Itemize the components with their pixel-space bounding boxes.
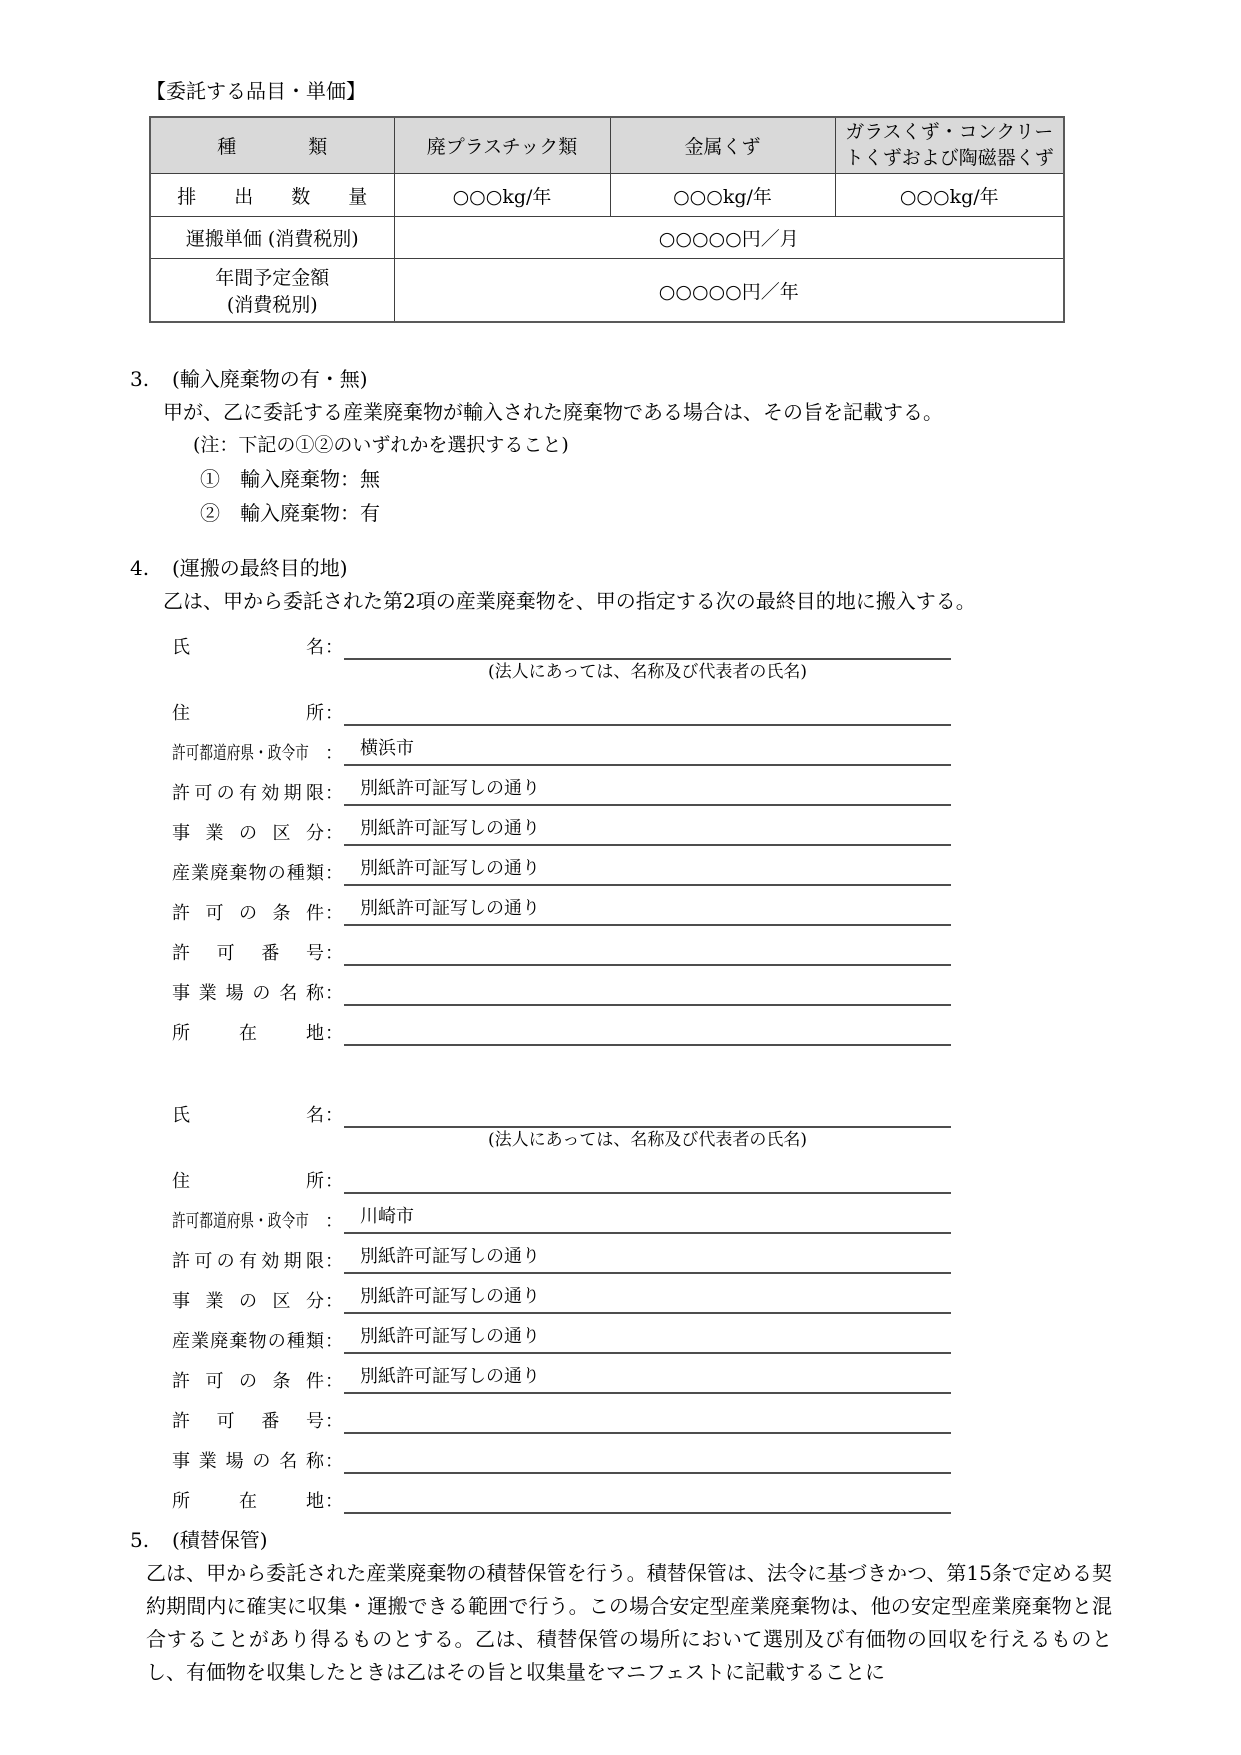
section5-number: 5. <box>130 1524 172 1557</box>
field-colon: ： <box>324 1022 344 1046</box>
section3-option-none: ① 輸入廃棄物：無 <box>200 462 1241 496</box>
section5-body: 乙は、甲から委託された産業廃棄物の積替保管を行う。積替保管は、法令に基づきかつ、… <box>146 1557 1112 1689</box>
annual-amount-row: 年間予定金額 (消費税別) ○○○○○円／年 <box>150 259 1064 322</box>
field-row-license-number: 許可番号 ： <box>172 926 1241 966</box>
conditions-label: 許可の条件 <box>172 902 324 926</box>
quantity-metal-cell: ○○○kg/年 <box>610 174 835 217</box>
conditions-fill-in-line[interactable]: 別紙許可証写しの通り <box>344 1364 951 1394</box>
section3-note: (注：下記の①②のいずれかを選択すること) <box>193 429 1241 462</box>
field-row-name: 氏名 ： <box>172 1088 1241 1128</box>
section3-title: (輸入廃棄物の有・無) <box>172 367 368 391</box>
conditions-label: 許可の条件 <box>172 1370 324 1394</box>
field-row-location: 所在地 ： <box>172 1474 1241 1514</box>
category-fill-in-line[interactable]: 別紙許可証写しの通り <box>344 1284 951 1314</box>
corporate-name-note: (法人にあっては、名称及び代表者の氏名) <box>344 1128 951 1154</box>
section3-body: 甲が、乙に委託する産業廃棄物が輸入された廃棄物である場合は、その旨を記載する。 <box>163 396 1241 429</box>
price-table-title: 【委託する品目・単価】 <box>146 0 1241 104</box>
field-colon: ： <box>324 902 344 926</box>
waste-types-label: 産業廃棄物の種類 <box>172 1330 324 1354</box>
quantity-row: 排出数量 ○○○kg/年 ○○○kg/年 ○○○kg/年 <box>150 174 1064 217</box>
field-row-category: 事業の区分 ： 別紙許可証写しの通り <box>172 1274 1241 1314</box>
expiry-label: 許可の有効期限 <box>172 782 324 806</box>
table-header-row: 種類 廃プラスチック類 金属くず ガラスくず・コンクリートくずおよび陶磁器くず <box>150 117 1064 174</box>
field-colon: ： <box>324 1250 344 1274</box>
section4-number: 4. <box>130 552 172 585</box>
field-row-authority: 許可都道府県・政令市 ： 横浜市 <box>172 726 1241 766</box>
field-row-site-name: 事業場の名称 ： <box>172 1434 1241 1474</box>
section4-heading: 4.(運搬の最終目的地) <box>130 552 1241 585</box>
annual-amount-label-cell: 年間予定金額 (消費税別) <box>150 259 394 322</box>
field-colon: ： <box>324 982 344 1006</box>
authority-label: 許可都道府県・政令市 <box>172 742 324 766</box>
address-label: 住所 <box>172 702 324 726</box>
authority-fill-in-line[interactable]: 横浜市 <box>344 736 951 766</box>
section3-number: 3. <box>130 363 172 396</box>
header-cell-kind: 種類 <box>150 117 394 174</box>
destination-block-2: 氏名 ： (法人にあっては、名称及び代表者の氏名) 住所 ： 許可都道府県・政令… <box>172 1088 1241 1514</box>
destination-block-1: 氏名 ： (法人にあっては、名称及び代表者の氏名) 住所 ： 許可都道府県・政令… <box>172 620 1241 1046</box>
name-fill-in-line[interactable] <box>344 630 951 660</box>
site-name-label: 事業場の名称 <box>172 982 324 1006</box>
waste-types-fill-in-line[interactable]: 別紙許可証写しの通り <box>344 856 951 886</box>
section4-body: 乙は、甲から委託された第2項の産業廃棄物を、甲の指定する次の最終目的地に搬入する… <box>163 585 1241 618</box>
field-colon: ： <box>324 1410 344 1434</box>
field-row-address: 住所 ： <box>172 1154 1241 1194</box>
commission-price-table: 種類 廃プラスチック類 金属くず ガラスくず・コンクリートくずおよび陶磁器くず … <box>149 116 1065 323</box>
field-row-category: 事業の区分 ： 別紙許可証写しの通り <box>172 806 1241 846</box>
contract-document-page: 【委託する品目・単価】 種類 廃プラスチック類 金属くず ガラスくず・コンクリー… <box>0 0 1241 1755</box>
expiry-fill-in-line[interactable]: 別紙許可証写しの通り <box>344 776 951 806</box>
quantity-row-label: 排出数量 <box>177 182 367 209</box>
field-row-waste-types: 産業廃棄物の種類 ： 別紙許可証写しの通り <box>172 1314 1241 1354</box>
annual-amount-label-line2: (消費税別) <box>157 290 388 317</box>
site-name-fill-in-line[interactable] <box>344 976 951 1006</box>
field-colon: ： <box>324 1104 344 1128</box>
section4-title: (運搬の最終目的地) <box>172 556 348 580</box>
conditions-fill-in-line[interactable]: 別紙許可証写しの通り <box>344 896 951 926</box>
unit-price-row: 運搬単価 (消費税別) ○○○○○円／月 <box>150 217 1064 259</box>
field-colon: ： <box>324 1210 344 1234</box>
field-row-conditions: 許可の条件 ： 別紙許可証写しの通り <box>172 1354 1241 1394</box>
section5-title: (積替保管) <box>172 1528 268 1552</box>
field-colon: ： <box>324 782 344 806</box>
quantity-row-label-cell: 排出数量 <box>150 174 394 217</box>
section3-option-exists: ② 輸入廃棄物：有 <box>200 496 1241 530</box>
field-row-authority: 許可都道府県・政令市 ： 川崎市 <box>172 1194 1241 1234</box>
address-fill-in-line[interactable] <box>344 696 951 726</box>
field-row-name: 氏名 ： <box>172 620 1241 660</box>
field-row-expiry: 許可の有効期限 ： 別紙許可証写しの通り <box>172 766 1241 806</box>
category-fill-in-line[interactable]: 別紙許可証写しの通り <box>344 816 951 846</box>
header-cell-plastic: 廃プラスチック類 <box>394 117 610 174</box>
address-fill-in-line[interactable] <box>344 1164 951 1194</box>
site-name-fill-in-line[interactable] <box>344 1444 951 1474</box>
field-colon: ： <box>324 1490 344 1514</box>
authority-label: 許可都道府県・政令市 <box>172 1210 324 1234</box>
field-colon: ： <box>324 1370 344 1394</box>
name-fill-in-line[interactable] <box>344 1098 951 1128</box>
field-colon: ： <box>324 742 344 766</box>
location-fill-in-line[interactable] <box>344 1484 951 1514</box>
waste-types-fill-in-line[interactable]: 別紙許可証写しの通り <box>344 1324 951 1354</box>
site-name-label: 事業場の名称 <box>172 1450 324 1474</box>
expiry-label: 許可の有効期限 <box>172 1250 324 1274</box>
field-colon: ： <box>324 1170 344 1194</box>
location-label: 所在地 <box>172 1022 324 1046</box>
kind-header-label: 種類 <box>217 132 327 159</box>
field-row-conditions: 許可の条件 ： 別紙許可証写しの通り <box>172 886 1241 926</box>
license-number-label: 許可番号 <box>172 1410 324 1434</box>
section5-heading: 5.(積替保管) <box>130 1524 1241 1557</box>
location-label: 所在地 <box>172 1490 324 1514</box>
category-label: 事業の区分 <box>172 822 324 846</box>
field-row-site-name: 事業場の名称 ： <box>172 966 1241 1006</box>
category-label: 事業の区分 <box>172 1290 324 1314</box>
field-colon: ： <box>324 822 344 846</box>
expiry-fill-in-line[interactable]: 別紙許可証写しの通り <box>344 1244 951 1274</box>
address-label: 住所 <box>172 1170 324 1194</box>
annual-amount-value-cell: ○○○○○円／年 <box>394 259 1064 322</box>
license-number-fill-in-line[interactable] <box>344 1404 951 1434</box>
field-colon: ： <box>324 636 344 660</box>
license-number-fill-in-line[interactable] <box>344 936 951 966</box>
unit-price-label-cell: 運搬単価 (消費税別) <box>150 217 394 259</box>
header-cell-glass: ガラスくず・コンクリートくずおよび陶磁器くず <box>835 117 1064 174</box>
field-colon: ： <box>324 1450 344 1474</box>
field-row-license-number: 許可番号 ： <box>172 1394 1241 1434</box>
quantity-plastic-cell: ○○○kg/年 <box>394 174 610 217</box>
field-row-address: 住所 ： <box>172 686 1241 726</box>
header-cell-metal: 金属くず <box>610 117 835 174</box>
name-label: 氏名 <box>172 636 324 660</box>
field-row-waste-types: 産業廃棄物の種類 ： 別紙許可証写しの通り <box>172 846 1241 886</box>
unit-price-value-cell: ○○○○○円／月 <box>394 217 1064 259</box>
field-colon: ： <box>324 942 344 966</box>
field-colon: ： <box>324 1330 344 1354</box>
license-number-label: 許可番号 <box>172 942 324 966</box>
field-colon: ： <box>324 1290 344 1314</box>
annual-amount-label-line1: 年間予定金額 <box>157 263 388 290</box>
field-row-location: 所在地 ： <box>172 1006 1241 1046</box>
section3-heading: 3.(輸入廃棄物の有・無) <box>130 363 1241 396</box>
field-row-expiry: 許可の有効期限 ： 別紙許可証写しの通り <box>172 1234 1241 1274</box>
field-colon: ： <box>324 702 344 726</box>
field-colon: ： <box>324 862 344 886</box>
waste-types-label: 産業廃棄物の種類 <box>172 862 324 886</box>
authority-fill-in-line[interactable]: 川崎市 <box>344 1204 951 1234</box>
corporate-name-note: (法人にあっては、名称及び代表者の氏名) <box>344 660 951 686</box>
name-label: 氏名 <box>172 1104 324 1128</box>
location-fill-in-line[interactable] <box>344 1016 951 1046</box>
quantity-glass-cell: ○○○kg/年 <box>835 174 1064 217</box>
